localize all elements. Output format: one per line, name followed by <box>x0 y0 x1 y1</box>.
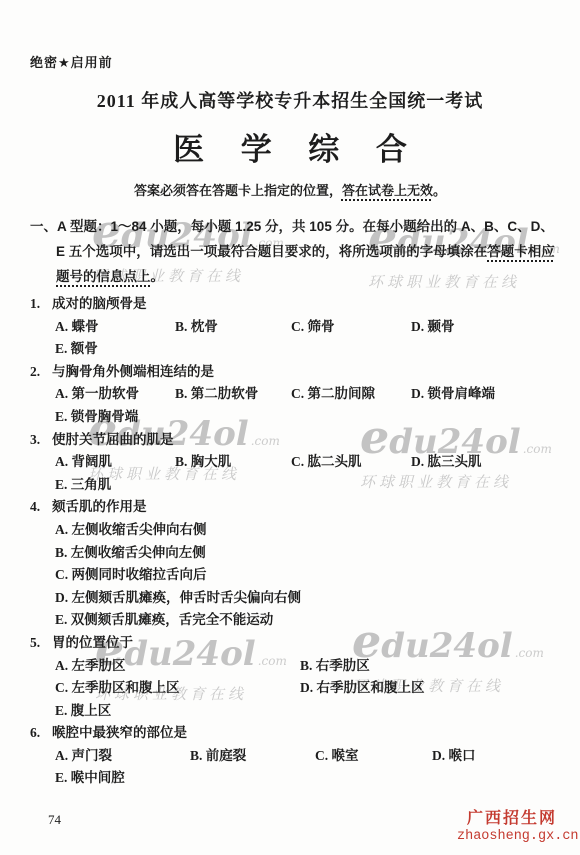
option-row: E. 额骨 <box>30 338 564 361</box>
question-number: 5. <box>30 632 52 655</box>
question-list: 1.成对的脑颅骨是 A. 蝶骨 B. 枕骨 C. 筛骨 D. 颞骨 E. 额骨 … <box>30 293 564 790</box>
option: A. 蝶骨 <box>55 316 175 339</box>
option: A. 左侧收缩舌尖伸向右侧 <box>55 522 207 537</box>
option-row: E. 锁骨胸骨端 <box>30 406 564 429</box>
footer-site-url: zhaosheng.gx.cn <box>457 829 579 844</box>
option: E. 锁骨胸骨端 <box>55 409 138 424</box>
option: B. 左侧收缩舌尖伸向左侧 <box>55 545 206 560</box>
option-row: E. 三角肌 <box>30 474 564 497</box>
question-stem: 3.使肘关节屈曲的肌是 <box>30 429 564 452</box>
option: C. 筛骨 <box>291 316 411 339</box>
notice-prefix: 答案必须答在答题卡上指定的位置， <box>134 183 342 198</box>
exam-title: 2011 年成人高等学校专升本招生全国统一考试 <box>0 87 580 113</box>
option-row: E. 双侧颏舌肌瘫痪，舌完全不能运动 <box>30 609 564 632</box>
question-item: 1.成对的脑颅骨是 A. 蝶骨 B. 枕骨 C. 筛骨 D. 颞骨 E. 额骨 <box>30 293 564 361</box>
subject-title: 医 学 综 合 <box>0 124 580 169</box>
option: B. 胸大肌 <box>175 451 291 474</box>
option-row: D. 左侧颏舌肌瘫痪，伸舌时舌尖偏向右侧 <box>30 587 564 610</box>
question-number: 6. <box>30 722 52 745</box>
option: C. 肱二头肌 <box>291 451 411 474</box>
page-number: 74 <box>48 812 61 828</box>
option: B. 第二肋软骨 <box>175 383 291 406</box>
question-stem: 1.成对的脑颅骨是 <box>30 293 564 316</box>
question-item: 3.使肘关节屈曲的肌是 A. 背阔肌 B. 胸大肌 C. 肱二头肌 D. 肱三头… <box>30 429 564 497</box>
classification-label: 绝密★启用前 <box>30 52 113 71</box>
option: D. 颞骨 <box>411 316 564 339</box>
option: C. 左季肋区和腹上区 <box>55 677 300 700</box>
option: A. 声门裂 <box>55 745 190 768</box>
question-number: 3. <box>30 429 52 452</box>
option-row: E. 喉中间腔 <box>30 767 564 790</box>
question-stem: 5.胃的位置位于 <box>30 632 564 655</box>
option: B. 右季肋区 <box>300 655 564 678</box>
option-row: A. 左季肋区 B. 右季肋区 <box>30 655 564 678</box>
option: A. 第一肋软骨 <box>55 383 175 406</box>
option: E. 腹上区 <box>55 703 111 718</box>
option: D. 喉口 <box>432 745 564 768</box>
section-text: 一、A 型题：1～84 小题，每小题 1.25 分，共 105 分。在每小题给出… <box>30 219 554 259</box>
option: D. 肱三头肌 <box>411 451 564 474</box>
question-number: 2. <box>30 361 52 384</box>
option: C. 喉室 <box>315 745 432 768</box>
question-number: 4. <box>30 496 52 519</box>
option: E. 双侧颏舌肌瘫痪，舌完全不能运动 <box>55 612 273 627</box>
question-item: 5.胃的位置位于 A. 左季肋区 B. 右季肋区 C. 左季肋区和腹上区 D. … <box>30 632 564 722</box>
answer-notice: 答案必须答在答题卡上指定的位置，答在试卷上无效。 <box>0 180 580 199</box>
question-item: 4.颏舌肌的作用是 A. 左侧收缩舌尖伸向右侧 B. 左侧收缩舌尖伸向左侧 C.… <box>30 496 564 632</box>
option-row: C. 两侧同时收缩拉舌向后 <box>30 564 564 587</box>
option: D. 左侧颏舌肌瘫痪，伸舌时舌尖偏向右侧 <box>55 590 301 605</box>
option: D. 右季肋区和腹上区 <box>300 677 564 700</box>
option-row: A. 声门裂 B. 前庭裂 C. 喉室 D. 喉口 <box>30 745 564 768</box>
option: B. 枕骨 <box>175 316 291 339</box>
question-item: 2.与胸骨角外侧端相连结的是 A. 第一肋软骨 B. 第二肋软骨 C. 第二肋间… <box>30 361 564 429</box>
option: D. 锁骨肩峰端 <box>411 383 564 406</box>
option-row: B. 左侧收缩舌尖伸向左侧 <box>30 542 564 565</box>
option-row: A. 背阔肌 B. 胸大肌 C. 肱二头肌 D. 肱三头肌 <box>30 451 564 474</box>
option: E. 额骨 <box>55 341 98 356</box>
option: A. 左季肋区 <box>55 655 300 678</box>
notice-suffix: 。 <box>433 183 446 198</box>
footer-site-name: 广西招生网 <box>467 805 557 828</box>
option-row: A. 第一肋软骨 B. 第二肋软骨 C. 第二肋间隙 D. 锁骨肩峰端 <box>30 383 564 406</box>
exam-page: edu24ol.com 环球职业教育在线 edu24ol.com 环球职业教育在… <box>0 0 580 855</box>
option: A. 背阔肌 <box>55 451 175 474</box>
question-number: 1. <box>30 293 52 316</box>
option: C. 第二肋间隙 <box>291 383 411 406</box>
option-row: E. 腹上区 <box>30 700 564 723</box>
question-stem: 4.颏舌肌的作用是 <box>30 496 564 519</box>
option: B. 前庭裂 <box>190 745 315 768</box>
option: E. 三角肌 <box>55 477 111 492</box>
question-stem: 6.喉腔中最狭窄的部位是 <box>30 722 564 745</box>
option-row: A. 左侧收缩舌尖伸向右侧 <box>30 519 564 542</box>
option: E. 喉中间腔 <box>55 770 125 785</box>
notice-emphasis: 答在试卷上无效 <box>342 183 433 198</box>
option-row: A. 蝶骨 B. 枕骨 C. 筛骨 D. 颞骨 <box>30 316 564 339</box>
question-stem: 2.与胸骨角外侧端相连结的是 <box>30 361 564 384</box>
option-row: C. 左季肋区和腹上区 D. 右季肋区和腹上区 <box>30 677 564 700</box>
question-item: 6.喉腔中最狭窄的部位是 A. 声门裂 B. 前庭裂 C. 喉室 D. 喉口 E… <box>30 722 564 790</box>
section-instructions: 一、A 型题：1～84 小题，每小题 1.25 分，共 105 分。在每小题给出… <box>30 214 556 289</box>
section-suffix: 。 <box>151 269 165 284</box>
option: C. 两侧同时收缩拉舌向后 <box>55 567 207 582</box>
